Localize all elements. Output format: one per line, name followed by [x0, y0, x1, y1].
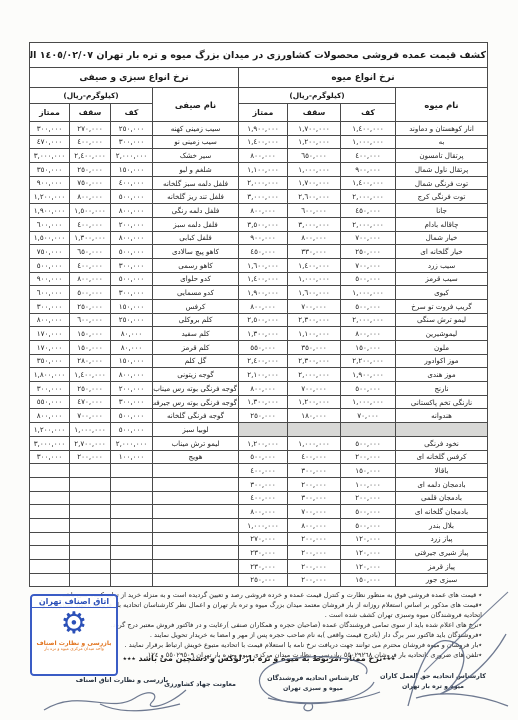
table-row: پرتقال تامسون ٤٠٠,٠٠٠ ٦٥٠,٠٠٠ ٨٠٠,٠٠٠ سی…: [29, 149, 487, 163]
fruit-premium-price-cell: ١,٣٠٠,٠٠٠: [239, 327, 288, 341]
veg-floor-price-cell: ٢٠٠,٠٠٠: [111, 217, 153, 231]
veg-ceiling-price-cell: ٢٨٠,٠٠٠: [70, 354, 111, 368]
veg-ceiling-price-cell: [70, 518, 111, 532]
veg-name-cell: [153, 546, 239, 560]
veg-name-cell: کاهو پیچ سالادی: [153, 245, 239, 259]
veg-name-cell: کلم قرمز: [153, 341, 239, 355]
veg-name-cell: فلفل دلمه رنگی: [153, 204, 239, 218]
fruit-premium-price-cell: ٢,٠٠٠,٠٠٠: [239, 176, 288, 190]
fruit-name-cell: نارنج: [396, 382, 488, 396]
table-row: ملون ١٥٠,٠٠٠ ٣٥٠,٠٠٠ ٥٥٠,٠٠٠ کلم قرمز ٨٠…: [29, 341, 487, 355]
veg-name-cell: کرفس: [153, 299, 239, 313]
fruit-floor-price-cell: ١,٩٠٠,٠٠٠: [341, 368, 396, 382]
table-row: پرتقال ناول شمال ٩٠٠,٠٠٠ ١,٠٠٠,٠٠٠ ١,١٠٠…: [29, 163, 487, 177]
fruit-floor-price-cell: ٥٠٠,٠٠٠: [341, 436, 396, 450]
fruit-name-cell: ملون: [396, 341, 488, 355]
fruit-floor-price-cell: ١,٠٠٠,٠٠٠: [341, 135, 396, 149]
veg-premium-price-cell: ٩٠٠,٠٠٠: [29, 272, 69, 286]
fruit-premium-price-cell: ٣,٥٠٠,٠٠٠: [239, 217, 288, 231]
veg-premium-price-cell: ٨٠٠,٠٠٠: [29, 313, 69, 327]
table-title-row: کشف قیمت عمده فروشی محصولات کشاورزی در م…: [29, 43, 487, 68]
fruit-ceiling-price-cell: ٣٠٠,٠٠٠: [288, 491, 341, 505]
fruit-name-cell: چاقاله بادام: [396, 217, 488, 231]
veg-name-cell: کاهو رسمی: [153, 258, 239, 272]
fruit-premium-price-cell: ٢٥٠,٠٠٠: [239, 573, 288, 587]
table-row: توت فرنگی شمال ١,٤٠٠,٠٠٠ ١,٧٠٠,٠٠٠ ٢,٠٠٠…: [29, 176, 487, 190]
fruit-floor-price-cell: ٢٠٠,٠٠٠: [341, 450, 396, 464]
fruit-floor-price-cell: ٧٠٠,٠٠٠: [341, 258, 396, 272]
fruit-ceiling-price-cell: ٣٣٠,٠٠٠: [288, 245, 341, 259]
veg-name-cell: [153, 491, 239, 505]
table-row: توت فرنگی کرج ٢,٠٠٠,٠٠٠ ٢,٦٠٠,٠٠٠ ٣,٠٠٠,…: [29, 190, 487, 204]
veg-floor-header: کف: [111, 104, 153, 122]
veg-ceiling-price-cell: [70, 546, 111, 560]
fruit-ceiling-price-cell: ٢٠٠,٠٠٠: [288, 477, 341, 491]
fruit-ceiling-price-cell: ٢٠٠,٠٠٠: [288, 546, 341, 560]
fruit-name-cell: جانا: [396, 204, 488, 218]
guild-chamber-stamp: اتاق اصناف تهران ⚙ بازرسی و نظارت اصناف …: [30, 594, 118, 676]
fruit-ceiling-price-cell: ١,٧٠٠,٠٠٠: [288, 122, 341, 136]
veg-premium-price-cell: ١٧٠,٠٠٠: [29, 341, 69, 355]
table-row: موز اکوادور ٢,٢٠٠,٠٠٠ ٢,٣٠٠,٠٠٠ ٢,٤٠٠,٠٠…: [29, 354, 487, 368]
fruit-premium-price-cell: ١,٦٠٠,٠٠٠: [239, 258, 288, 272]
veg-premium-price-cell: [29, 532, 69, 546]
veg-name-cell: گل کلم: [153, 354, 239, 368]
table-row: نارنگی تخم پاکستانی ١,٠٠٠,٠٠٠ ١,٢٠٠,٠٠٠ …: [29, 395, 487, 409]
veg-name-cell: گوجه فرنگی بوته رس جیرفت: [153, 395, 239, 409]
veg-premium-price-cell: ٨٠٠,٠٠٠: [29, 409, 69, 423]
veg-section-header: نرخ انواع سبزی و صیفی: [29, 68, 238, 88]
veg-premium-price-cell: ٣٥٠,٠٠٠: [29, 354, 69, 368]
fruit-name-cell: به: [396, 135, 488, 149]
table-row: پیاز شیری جیرفتی ١٢٠,٠٠٠ ٢٠٠,٠٠٠ ٢٣٠,٠٠٠: [29, 546, 487, 560]
fruit-floor-price-cell: ١٢٠,٠٠٠: [341, 560, 396, 574]
fruit-name-cell: سیب زرد: [396, 258, 488, 272]
fruit-name-cell: کیوی: [396, 286, 488, 300]
document-title: کشف قیمت عمده فروشی محصولات کشاورزی در م…: [29, 43, 487, 68]
fruit-floor-price-cell: ١٠٠,٠٠٠: [341, 477, 396, 491]
veg-name-cell: گوجه فرنگی گلخانه: [153, 409, 239, 423]
veg-ceiling-price-cell: ٥٠٠,٠٠٠: [70, 286, 111, 300]
veg-floor-price-cell: ٨٠٠,٠٠٠: [111, 368, 153, 382]
veg-name-cell: کلم سفید: [153, 327, 239, 341]
veg-ceiling-price-cell: [70, 464, 111, 478]
veg-ceiling-price-cell: ٨٠٠,٠٠٠: [70, 190, 111, 204]
fruit-premium-price-cell: ٢,٤٠٠,٠٠٠: [239, 354, 288, 368]
fruit-floor-price-cell: ١٢٠,٠٠٠: [341, 532, 396, 546]
table-row: موز هندی ١,٩٠٠,٠٠٠ ٢,٠٠٠,٠٠٠ ٢,١٠٠,٠٠٠ گ…: [29, 368, 487, 382]
veg-floor-price-cell: ٥٠٠,٠٠٠: [111, 190, 153, 204]
veg-floor-price-cell: ١٥٠,٠٠٠: [111, 299, 153, 313]
fruit-ceiling-price-cell: ١,٠٠٠,٠٠٠: [288, 272, 341, 286]
signature-guild-inspection: بازرسی و نظارت اتاق اصناف: [58, 676, 186, 686]
veg-ceiling-price-cell: ٤٠٠,٠٠٠: [70, 217, 111, 231]
fruit-floor-price-cell: ٥٠٠,٠٠٠: [341, 299, 396, 313]
veg-name-cell: فلفل تند ریز گلخانه: [153, 190, 239, 204]
table-row: پیاز زرد ١٢٠,٠٠٠ ٢٠٠,٠٠٠ ٢٧٠,٠٠٠: [29, 532, 487, 546]
fruit-floor-price-cell: ٨٠٠,٠٠٠: [341, 327, 396, 341]
veg-ceiling-price-cell: ١٥٠,٠٠٠: [70, 341, 111, 355]
veg-premium-price-cell: ٩٠٠,٠٠٠: [29, 176, 69, 190]
signature-commission-agents-union: کارشناس اتحادیه حق العمل کاران میوه و تر…: [374, 672, 492, 691]
veg-floor-price-cell: ٥٠٠,٠٠٠: [111, 409, 153, 423]
fruit-ceiling-price-cell: ٢,٣٠٠,٠٠٠: [288, 313, 341, 327]
veg-ceiling-price-cell: ٧٥٠,٠٠٠: [70, 176, 111, 190]
fruit-floor-price-cell: ١,٤٠٠,٠٠٠: [341, 176, 396, 190]
unit-header-row: نام میوه (کیلوگرم-ریال) نام صیفی (کیلوگر…: [29, 88, 487, 104]
fruit-floor-price-cell: ٩٠٠,٠٠٠: [341, 163, 396, 177]
veg-ceiling-price-cell: ٦٥٠,٠٠٠: [70, 245, 111, 259]
fruit-ceiling-price-cell: ١,٠٠٠,٠٠٠: [288, 163, 341, 177]
fruit-name-cell: موز اکوادور: [396, 354, 488, 368]
veg-premium-price-cell: ٦٠٠,٠٠٠: [29, 217, 69, 231]
veg-name-cell: فلفل دلمه سبز: [153, 217, 239, 231]
veg-premium-price-cell: ١,٨٠٠,٠٠٠: [29, 368, 69, 382]
fruit-floor-price-cell: ٥٠٠,٠٠٠: [341, 518, 396, 532]
fruit-floor-price-cell: ٢٥٠,٠٠٠: [341, 245, 396, 259]
table-row: گریپ فروت تو سرخ ٥٠٠,٠٠٠ ٧٠٠,٠٠٠ ٨٠٠,٠٠٠…: [29, 299, 487, 313]
fruit-premium-price-cell: ١,٤٠٠,٠٠٠: [239, 272, 288, 286]
fruit-premium-price-cell: ١,٢٠٠,٠٠٠: [239, 436, 288, 450]
veg-floor-price-cell: ٢٠٠,٠٠٠: [111, 382, 153, 396]
veg-name-cell: شلغم و لبو: [153, 163, 239, 177]
veg-floor-price-cell: ٥٠٠,٠٠٠: [111, 423, 153, 437]
fruit-floor-price-cell: ١,٤٠٠,٠٠٠: [341, 122, 396, 136]
veg-ceiling-price-cell: ٤٠٠,٠٠٠: [70, 135, 111, 149]
veg-floor-price-cell: ٨٠,٠٠٠: [111, 327, 153, 341]
fruit-name-cell: خیار گلخانه ای: [396, 245, 488, 259]
veg-ceiling-price-cell: [70, 505, 111, 519]
veg-premium-price-cell: [29, 477, 69, 491]
table-row: سیب زرد ٧٠٠,٠٠٠ ١,٤٠٠,٠٠٠ ١,٦٠٠,٠٠٠ کاهو…: [29, 258, 487, 272]
fruit-ceiling-price-cell: ٢٠٠,٠٠٠: [288, 573, 341, 587]
fruit-premium-price-cell: ١,٤٠٠,٠٠٠: [239, 135, 288, 149]
fruit-premium-price-cell: ٢,١٠٠,٠٠٠: [239, 368, 288, 382]
fruit-ceiling-price-cell: ١٨٠,٠٠٠: [288, 409, 341, 423]
fruit-premium-price-cell: ٨٠٠,٠٠٠: [239, 204, 288, 218]
veg-name-cell: سیب زمینی نو: [153, 135, 239, 149]
veg-floor-price-cell: ٥٠٠,٠٠٠: [111, 245, 153, 259]
table-row: لیمو ترش سنگی ٢,٠٠٠,٠٠٠ ٢,٣٠٠,٠٠٠ ٢,٥٠٠,…: [29, 313, 487, 327]
fruit-ceiling-price-cell: ١,٤٠٠,٠٠٠: [288, 258, 341, 272]
fruit-name-cell: پیاز قرمز: [396, 560, 488, 574]
veg-ceiling-price-cell: ١,٥٠٠,٠٠٠: [70, 204, 111, 218]
veg-floor-price-cell: ٣٠٠,٠٠٠: [111, 395, 153, 409]
section-header-row: نرخ انواع میوه نرخ انواع سبزی و صیفی: [29, 68, 487, 88]
veg-name-cell: گوجه فرنگی بوته رس میناب: [153, 382, 239, 396]
veg-ceiling-price-cell: ٧٠٠,٠٠٠: [70, 409, 111, 423]
fruit-ceiling-price-cell: ١,٢٠٠,٠٠٠: [288, 135, 341, 149]
price-table-body: انار کوهستان و دماوند ١,٤٠٠,٠٠٠ ١,٧٠٠,٠٠…: [29, 122, 487, 587]
fruit-name-cell: توت فرنگی شمال: [396, 176, 488, 190]
veg-floor-price-cell: [111, 532, 153, 546]
table-row: جانا ٤٥٠,٠٠٠ ٦٠٠,٠٠٠ ٨٠٠,٠٠٠ فلفل دلمه ر…: [29, 204, 487, 218]
fruit-ceiling-header: سقف: [288, 104, 341, 122]
veg-floor-price-cell: [111, 505, 153, 519]
veg-name-cell: گوجه زیتونی: [153, 368, 239, 382]
table-row: کرفس گلخانه ای ٢٠٠,٠٠٠ ٤٠٠,٠٠٠ ٥٠٠,٠٠٠ ه…: [29, 450, 487, 464]
fruit-floor-price-cell: ٥٠٠,٠٠٠: [341, 505, 396, 519]
fruit-ceiling-price-cell: ١,٦٠٠,٠٠٠: [288, 286, 341, 300]
veg-ceiling-price-cell: ٢٧٠,٠٠٠: [70, 122, 111, 136]
veg-floor-price-cell: ١٥٠,٠٠٠: [111, 354, 153, 368]
table-row: انار کوهستان و دماوند ١,٤٠٠,٠٠٠ ١,٧٠٠,٠٠…: [29, 122, 487, 136]
fruit-premium-price-cell: ٩٠٠,٠٠٠: [239, 231, 288, 245]
veg-ceiling-price-cell: ١,٣٠٠,٠٠٠: [70, 231, 111, 245]
table-row: خیار شمال ٧٠٠,٠٠٠ ٨٠٠,٠٠٠ ٩٠٠,٠٠٠ فلفل ک…: [29, 231, 487, 245]
fruit-ceiling-price-cell: ٢٠٠,٠٠٠: [288, 532, 341, 546]
fruit-premium-price-cell: ٨٠٠,٠٠٠: [239, 505, 288, 519]
veg-floor-price-cell: ١٥٠,٠٠٠: [111, 163, 153, 177]
veg-ceiling-price-cell: [70, 573, 111, 587]
veg-ceiling-price-cell: [70, 560, 111, 574]
fruit-premium-price-cell: ٢٣٠,٠٠٠: [239, 560, 288, 574]
veg-premium-price-cell: ٣,٠٠٠,٠٠٠: [29, 436, 69, 450]
fruit-ceiling-price-cell: ٣٠٠,٠٠٠: [288, 464, 341, 478]
veg-premium-price-cell: ١,٢٠٠,٠٠٠: [29, 190, 69, 204]
veg-ceiling-price-cell: ٢٠٠,٠٠٠: [70, 450, 111, 464]
veg-floor-price-cell: ٨٠,٠٠٠: [111, 341, 153, 355]
fruit-premium-price-cell: ٤٠٠,٠٠٠: [239, 464, 288, 478]
table-row: سیب قرمز ٥٠٠,٠٠٠ ١,٠٠٠,٠٠٠ ١,٤٠٠,٠٠٠ کدو…: [29, 272, 487, 286]
veg-name-column-header: نام صیفی: [153, 88, 239, 122]
fruit-floor-price-cell: [341, 423, 396, 437]
veg-premium-price-cell: ٥٥٠,٠٠٠: [29, 395, 69, 409]
fruit-name-cell: گریپ فروت تو سرخ: [396, 299, 488, 313]
veg-floor-price-cell: [111, 491, 153, 505]
veg-name-cell: [153, 464, 239, 478]
veg-name-cell: [153, 532, 239, 546]
fruit-name-cell: [396, 423, 488, 437]
fruit-ceiling-price-cell: ٣٥٠,٠٠٠: [288, 341, 341, 355]
fruit-premium-price-cell: ٥٥٠,٠٠٠: [239, 341, 288, 355]
veg-premium-price-cell: ٣,٠٠٠,٠٠٠: [29, 149, 69, 163]
veg-ceiling-price-cell: ١٥٠,٠٠٠: [70, 327, 111, 341]
veg-floor-price-cell: [111, 477, 153, 491]
veg-floor-price-cell: ٢,٠٠٠,٠٠٠: [111, 149, 153, 163]
fruit-name-cell: سیب قرمز: [396, 272, 488, 286]
veg-premium-price-cell: [29, 491, 69, 505]
fruit-ceiling-price-cell: ٦٠٠,٠٠٠: [288, 204, 341, 218]
fruit-name-cell: انار کوهستان و دماوند: [396, 122, 488, 136]
fruit-premium-price-cell: ٢,٥٠٠,٠٠٠: [239, 313, 288, 327]
fruit-name-cell: کرفس گلخانه ای: [396, 450, 488, 464]
veg-name-cell: [153, 477, 239, 491]
fruit-floor-price-cell: ٢,٢٠٠,٠٠٠: [341, 354, 396, 368]
fruit-name-cell: نخود فرنگی: [396, 436, 488, 450]
veg-premium-price-cell: ١,٩٠٠,٠٠٠: [29, 204, 69, 218]
veg-premium-price-cell: ٧٥٠,٠٠٠: [29, 245, 69, 259]
fruit-floor-price-cell: ١٥٠,٠٠٠: [341, 341, 396, 355]
veg-premium-price-cell: ٣٥٠,٠٠٠: [29, 163, 69, 177]
veg-floor-price-cell: [111, 573, 153, 587]
stamp-sub2: واحد میدان مرکزی میوه و تره بار: [32, 647, 116, 652]
table-row: نارنج ٥٠٠,٠٠٠ ٧٠٠,٠٠٠ ٨٠٠,٠٠٠ گوجه فرنگی…: [29, 382, 487, 396]
veg-floor-price-cell: ٨٠٠,٠٠٠: [111, 204, 153, 218]
veg-ceiling-price-cell: ٨٠٠,٠٠٠: [70, 272, 111, 286]
veg-premium-price-cell: ٤٧٠,٠٠٠: [29, 135, 69, 149]
veg-name-cell: [153, 505, 239, 519]
fruit-unit-label: (کیلوگرم-ریال): [239, 88, 396, 104]
veg-name-cell: کدو مسمایی: [153, 286, 239, 300]
fruit-ceiling-price-cell: ٧٠٠,٠٠٠: [288, 505, 341, 519]
table-row: چاقاله بادام ٢,٠٠٠,٠٠٠ ٣,٠٠٠,٠٠٠ ٣,٥٠٠,٠…: [29, 217, 487, 231]
fruit-name-column-header: نام میوه: [396, 88, 488, 122]
fruit-premium-price-cell: ٥٠٠,٠٠٠: [239, 450, 288, 464]
veg-name-cell: لوبیا سبز: [153, 423, 239, 437]
fruit-ceiling-price-cell: ٧٠٠,٠٠٠: [288, 382, 341, 396]
veg-floor-price-cell: ٣٠٠,٠٠٠: [111, 135, 153, 149]
table-row: لوبیا سبز ٥٠٠,٠٠٠ ١,٠٠٠,٠٠٠ ١,٢٠٠,٠٠٠: [29, 423, 487, 437]
veg-floor-price-cell: ٢٥٠,٠٠٠: [111, 122, 153, 136]
table-row: نخود فرنگی ٥٠٠,٠٠٠ ١,٠٠٠,٠٠٠ ١,٢٠٠,٠٠٠ ل…: [29, 436, 487, 450]
fruit-ceiling-price-cell: ١,١٠٠,٠٠٠: [288, 327, 341, 341]
fruit-floor-price-cell: ٥٠٠,٠٠٠: [341, 272, 396, 286]
veg-premium-header: ممتاز: [29, 104, 69, 122]
fruit-name-cell: خیار شمال: [396, 231, 488, 245]
veg-premium-price-cell: ٦٠٠,٠٠٠: [29, 286, 69, 300]
fruit-ceiling-price-cell: ٢٠٠,٠٠٠: [288, 560, 341, 574]
veg-ceiling-price-cell: ٢,٤٠٠,٠٠٠: [70, 149, 111, 163]
veg-name-cell: کلم بروکلی: [153, 313, 239, 327]
veg-unit-label: (کیلوگرم-ریال): [29, 88, 152, 104]
veg-floor-price-cell: ٢,٠٠٠,٠٠٠: [111, 436, 153, 450]
fruit-premium-price-cell: ١,٩٠٠,٠٠٠: [239, 122, 288, 136]
table-row: بلال بندر ٥٠٠,٠٠٠ ٨٠٠,٠٠٠ ١,٠٠٠,٠٠٠: [29, 518, 487, 532]
fruit-premium-price-cell: ٨٠٠,٠٠٠: [239, 299, 288, 313]
fruit-ceiling-price-cell: ٦٥٠,٠٠٠: [288, 149, 341, 163]
fruit-name-cell: لیمو ترش سنگی: [396, 313, 488, 327]
fruit-name-cell: پرتقال ناول شمال: [396, 163, 488, 177]
fruit-premium-price-cell: ١,١٠٠,٠٠٠: [239, 163, 288, 177]
fruit-floor-price-cell: ٢,٠٠٠,٠٠٠: [341, 217, 396, 231]
veg-floor-price-cell: ٢٥٠,٠٠٠: [111, 313, 153, 327]
veg-ceiling-price-cell: ٦٠٠,٠٠٠: [70, 313, 111, 327]
veg-floor-price-cell: [111, 546, 153, 560]
veg-name-cell: فلفل کبابی: [153, 231, 239, 245]
fruit-floor-price-cell: ٧٠,٠٠٠: [341, 409, 396, 423]
fruit-premium-price-cell: [239, 423, 288, 437]
fruit-premium-price-cell: ٣,٠٠٠,٠٠٠: [239, 190, 288, 204]
veg-floor-price-cell: ١٠٠,٠٠٠: [111, 450, 153, 464]
table-row: بادمجان قلمی ٢٠٠,٠٠٠ ٣٠٠,٠٠٠ ٤٠٠,٠٠٠: [29, 491, 487, 505]
veg-floor-price-cell: ٨٠٠,٠٠٠: [111, 231, 153, 245]
fruit-ceiling-price-cell: ٣,٠٠٠,٠٠٠: [288, 217, 341, 231]
fruit-name-cell: پرتقال تامسون: [396, 149, 488, 163]
veg-premium-price-cell: [29, 546, 69, 560]
table-row: بادمجان گلخانه ای ٥٠٠,٠٠٠ ٧٠٠,٠٠٠ ٨٠٠,٠٠…: [29, 505, 487, 519]
fruit-floor-price-cell: ٢,٠٠٠,٠٠٠: [341, 313, 396, 327]
fruit-floor-price-cell: ١٢٠,٠٠٠: [341, 546, 396, 560]
veg-ceiling-price-cell: [70, 532, 111, 546]
fruit-floor-price-cell: ١٥٠,٠٠٠: [341, 464, 396, 478]
veg-ceiling-price-cell: ٤٧٠,٠٠٠: [70, 395, 111, 409]
price-table: کشف قیمت عمده فروشی محصولات کشاورزی در م…: [29, 42, 488, 587]
veg-floor-price-cell: [111, 560, 153, 574]
fruit-premium-price-cell: ٤٠٠,٠٠٠: [239, 491, 288, 505]
table-row: باقالا ١٥٠,٠٠٠ ٣٠٠,٠٠٠ ٤٠٠,٠٠٠: [29, 464, 487, 478]
veg-premium-price-cell: ١٧٠,٠٠٠: [29, 327, 69, 341]
fruit-premium-header: ممتاز: [239, 104, 288, 122]
fruit-ceiling-price-cell: ٨٠٠,٠٠٠: [288, 518, 341, 532]
veg-ceiling-price-cell: ١,٠٠٠,٠٠٠: [70, 423, 111, 437]
fruit-name-cell: بادمجان قلمی: [396, 491, 488, 505]
veg-premium-price-cell: [29, 464, 69, 478]
table-row: لیموشیرین ٨٠٠,٠٠٠ ١,١٠٠,٠٠٠ ١,٣٠٠,٠٠٠ کل…: [29, 327, 487, 341]
veg-premium-price-cell: ٣٠٠,٠٠٠: [29, 450, 69, 464]
fruit-floor-price-cell: ٤٠٠,٠٠٠: [341, 149, 396, 163]
veg-premium-price-cell: [29, 518, 69, 532]
veg-ceiling-price-cell: ٢,٧٠٠,٠٠٠: [70, 436, 111, 450]
fruit-premium-price-cell: ٢٥٠,٠٠٠: [239, 409, 288, 423]
veg-floor-price-cell: ٥٠٠,٠٠٠: [111, 272, 153, 286]
veg-name-cell: سیر خشک: [153, 149, 239, 163]
fruit-ceiling-price-cell: [288, 423, 341, 437]
fruit-ceiling-price-cell: ١,٠٠٠,٠٠٠: [288, 436, 341, 450]
fruit-ceiling-price-cell: ١,٧٠٠,٠٠٠: [288, 176, 341, 190]
veg-name-cell: فلفل دلمه سبز گلخانه: [153, 176, 239, 190]
fruit-name-cell: بلال بندر: [396, 518, 488, 532]
fruit-ceiling-price-cell: ٢,٠٠٠,٠٠٠: [288, 368, 341, 382]
veg-premium-price-cell: ٣٠٠,٠٠٠: [29, 299, 69, 313]
fruit-ceiling-price-cell: ١,٢٠٠,٠٠٠: [288, 395, 341, 409]
veg-premium-price-cell: ١,٥٠٠,٠٠٠: [29, 231, 69, 245]
fruit-floor-header: کف: [341, 104, 396, 122]
table-row: خیار گلخانه ای ٢٥٠,٠٠٠ ٣٣٠,٠٠٠ ٤٥٠,٠٠٠ ک…: [29, 245, 487, 259]
fruit-name-cell: سبزی جور: [396, 573, 488, 587]
veg-name-cell: لیمو ترش میناب: [153, 436, 239, 450]
table-row: هندوانه ٧٠,٠٠٠ ١٨٠,٠٠٠ ٢٥٠,٠٠٠ گوجه فرنگ…: [29, 409, 487, 423]
veg-ceiling-price-cell: ٢٥٠,٠٠٠: [70, 299, 111, 313]
fruit-premium-price-cell: ١,٣٠٠,٠٠٠: [239, 395, 288, 409]
fruit-floor-price-cell: ٤٥٠,٠٠٠: [341, 204, 396, 218]
veg-name-cell: کدو حلوای: [153, 272, 239, 286]
fruit-floor-price-cell: ٢,٠٠٠,٠٠٠: [341, 190, 396, 204]
fruit-name-cell: پیاز زرد: [396, 532, 488, 546]
fruit-name-cell: لیموشیرین: [396, 327, 488, 341]
fruit-ceiling-price-cell: ٤٠٠,٠٠٠: [288, 450, 341, 464]
veg-premium-price-cell: [29, 560, 69, 574]
fruit-section-header: نرخ انواع میوه: [239, 68, 488, 88]
veg-name-cell: [153, 560, 239, 574]
fruit-ceiling-price-cell: ٨٠٠,٠٠٠: [288, 231, 341, 245]
fruit-floor-price-cell: ٧٠٠,٠٠٠: [341, 231, 396, 245]
fruit-name-cell: موز هندی: [396, 368, 488, 382]
veg-premium-price-cell: ١,٢٠٠,٠٠٠: [29, 423, 69, 437]
guild-chamber-logo-icon: ⚙: [32, 608, 116, 640]
veg-ceiling-price-cell: ٢٥٠,٠٠٠: [70, 382, 111, 396]
veg-ceiling-price-cell: ١,٤٠٠,٠٠٠: [70, 368, 111, 382]
fruit-floor-price-cell: ٥٠٠,٠٠٠: [341, 382, 396, 396]
veg-name-cell: [153, 518, 239, 532]
fruit-premium-price-cell: ١,٠٠٠,٠٠٠: [239, 518, 288, 532]
veg-premium-price-cell: [29, 573, 69, 587]
fruit-floor-price-cell: ١,٠٠٠,٠٠٠: [341, 286, 396, 300]
fruit-floor-price-cell: ٢٠٠,٠٠٠: [341, 491, 396, 505]
fruit-premium-price-cell: ٣٠٠,٠٠٠: [239, 477, 288, 491]
veg-floor-price-cell: ٤٠٠,٠٠٠: [111, 176, 153, 190]
veg-floor-price-cell: ٣٠٠,٠٠٠: [111, 258, 153, 272]
table-row: کیوی ١,٠٠٠,٠٠٠ ١,٦٠٠,٠٠٠ ١,٩٠٠,٠٠٠ کدو م…: [29, 286, 487, 300]
veg-premium-price-cell: ٣٠٠,٠٠٠: [29, 382, 69, 396]
fruit-ceiling-price-cell: ٢,٣٠٠,٠٠٠: [288, 354, 341, 368]
table-row: بادمجان دلمه ای ١٠٠,٠٠٠ ٢٠٠,٠٠٠ ٣٠٠,٠٠٠: [29, 477, 487, 491]
fruit-name-cell: توت فرنگی کرج: [396, 190, 488, 204]
veg-ceiling-header: سقف: [70, 104, 111, 122]
veg-floor-price-cell: ٣٠٠,٠٠٠: [111, 286, 153, 300]
veg-name-cell: سیب زمینی کهنه: [153, 122, 239, 136]
veg-ceiling-price-cell: [70, 491, 111, 505]
